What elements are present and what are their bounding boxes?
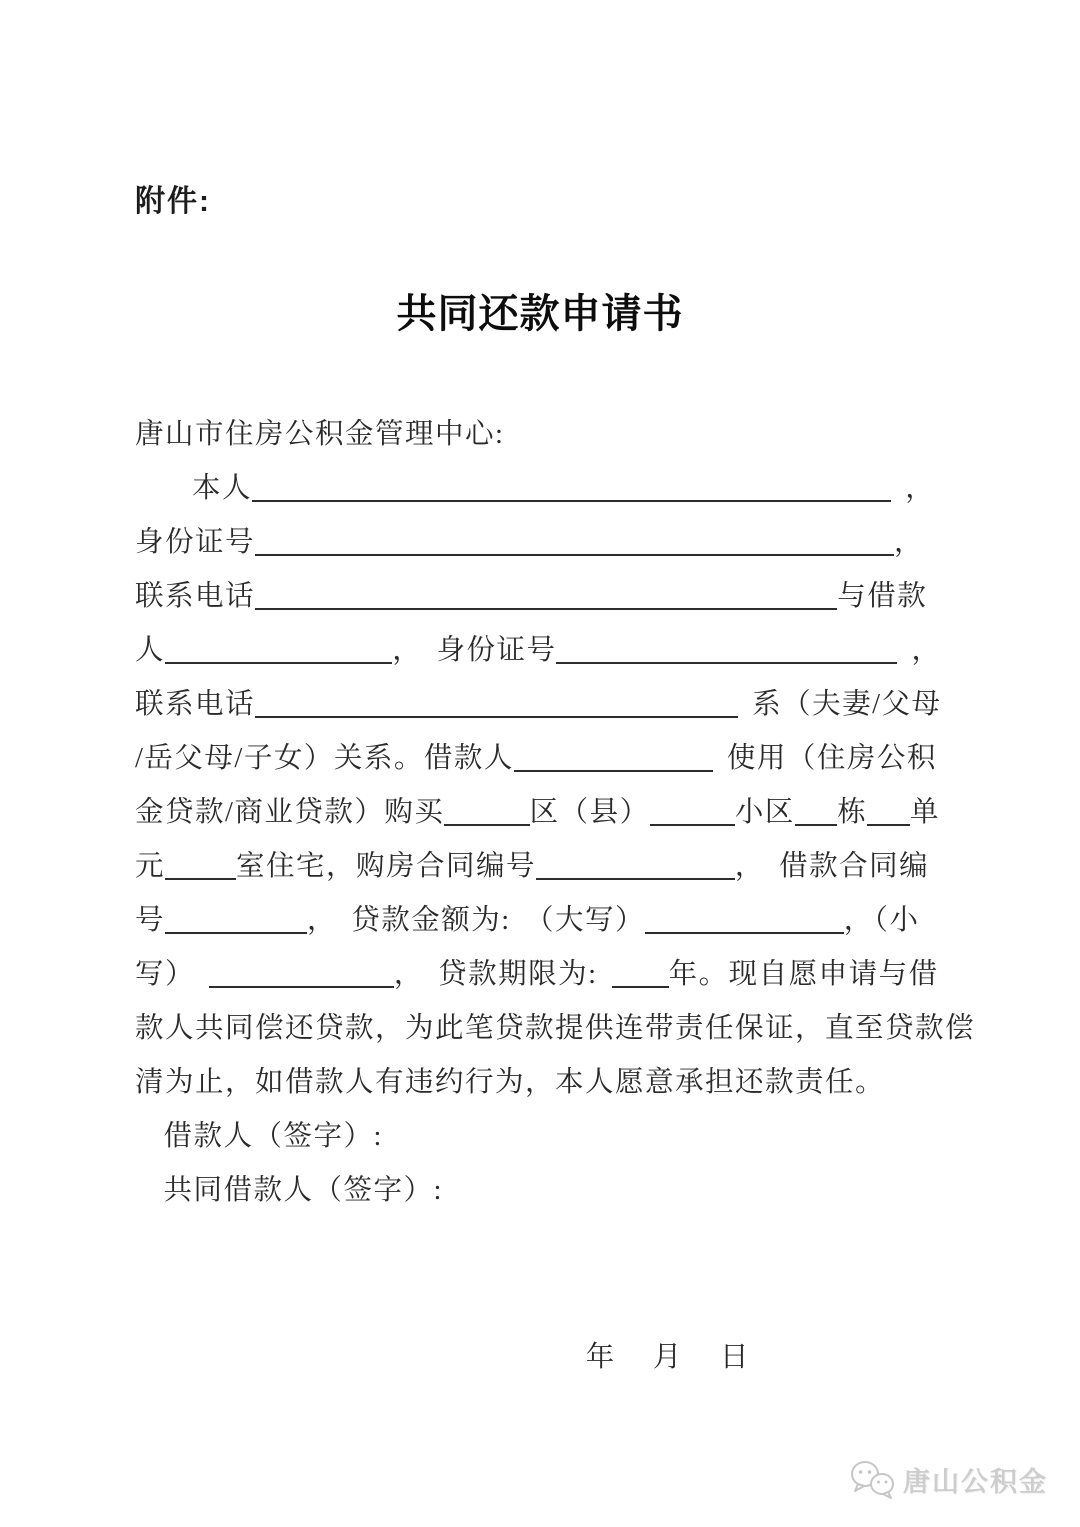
blank-field [255, 580, 837, 611]
form-line: 金贷款/商业贷款）购买区（县）小区栋单 [135, 786, 945, 840]
blank-field [867, 796, 910, 827]
date-line: 年 月 日 [135, 1331, 945, 1385]
watermark: 唐山公积金 [849, 1459, 1048, 1499]
blank-field [650, 796, 735, 827]
form-line: 本人， [135, 462, 945, 516]
watermark-text: 唐山公积金 [903, 1460, 1048, 1499]
document-page: 附件: 共同还款申请书 唐山市住房公积金管理中心:本人，身份证号，联系电话与借款… [0, 0, 1080, 1527]
form-body: 唐山市住房公积金管理中心:本人，身份证号，联系电话与借款人，身份证号，联系电话系… [135, 408, 945, 1218]
attachment-label: 附件: [135, 182, 945, 222]
form-line: 号，贷款金额为:（大写），（小 [135, 894, 945, 948]
form-line: 元室住宅，购房合同编号，借款合同编 [135, 840, 945, 894]
form-line: /岳父母/子女）关系。借款人使用（住房公积 [135, 732, 945, 786]
blank-field [255, 526, 894, 557]
form-line: 唐山市住房公积金管理中心: [135, 408, 945, 462]
form-line: 清为止，如借款人有违约行为，本人愿意承担还款责任。 [135, 1056, 945, 1110]
form-line: 共同借款人（签字）: [135, 1164, 945, 1218]
blank-field [209, 958, 394, 989]
blank-field [165, 634, 392, 665]
form-line: 联系电话与借款 [135, 570, 945, 624]
blank-field [556, 634, 897, 665]
blank-field [514, 742, 713, 773]
blank-field [536, 850, 735, 881]
form-line: 联系电话系（夫妻/父母 [135, 678, 945, 732]
wechat-icon [849, 1459, 897, 1499]
blank-field [612, 958, 669, 989]
blank-field [165, 904, 307, 935]
form-line: 款人共同偿还贷款，为此笔贷款提供连带责任保证，直至贷款偿 [135, 1002, 945, 1056]
blank-field [444, 796, 529, 827]
form-line: 人，身份证号， [135, 624, 945, 678]
blank-field [165, 850, 236, 881]
blank-field [252, 472, 891, 503]
form-line: 身份证号， [135, 516, 945, 570]
form-line: 写），贷款期限为:年。现自愿申请与借 [135, 948, 945, 1002]
form-line: 借款人（签字）: [135, 1110, 945, 1164]
document-title: 共同还款申请书 [135, 282, 945, 346]
blank-field [645, 904, 844, 935]
blank-field [255, 688, 738, 719]
blank-field [795, 796, 838, 827]
